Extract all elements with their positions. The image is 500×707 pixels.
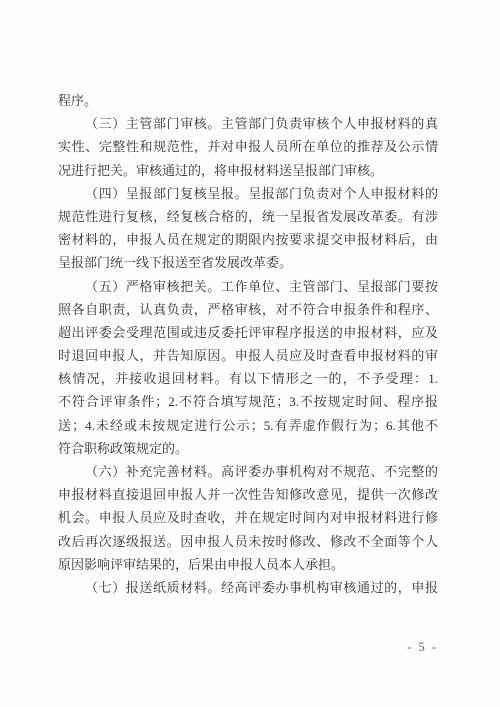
text-line: （七）报送纸质材料。经高评委办事机构审核通过的，申报 [58,576,438,599]
document-page: 程序。（三）主管部门审核。主管部门负责审核个人申报材料的真实性、完整性和规范性，… [0,0,500,707]
text-line: 规范性进行复核，经复核合格的，统一呈报省发展改革委。有涉 [58,205,438,228]
text-line: 照各自职责，认真负责，严格审核，对不符合申报条件和程序、 [58,298,438,321]
text-line: 实性、完整性和规范性，并对申报人员所在单位的推荐及公示情 [58,135,438,158]
text-line: 送；4.未经或未按规定进行公示；5.有弄虚作假行为；6.其他不 [58,414,438,437]
text-line: 原因影响评审结果的，后果由申报人员本人承担。 [58,553,438,576]
text-line: 符合职称政策规定的。 [58,437,438,460]
text-line: （五）严格审核把关。工作单位、主管部门、呈报部门要按 [58,275,438,298]
text-line: 况进行把关。审核通过的，将申报材料送呈报部门审核。 [58,159,438,182]
text-line: 不符合评审条件；2.不符合填写规范；3.不按规定时间、程序报 [58,390,438,413]
text-line: 程序。 [58,89,438,112]
text-line: 密材料的，申报人员在规定的期限内按要求提交申报材料后，由 [58,228,438,251]
text-line: （三）主管部门审核。主管部门负责审核个人申报材料的真 [58,112,438,135]
text-line: 机会。申报人员应及时查收，并在规定时间内对申报材料进行修 [58,506,438,529]
text-line: 核情况，并接收退回材料。有以下情形之一的，不予受理：1. [58,367,438,390]
text-line: 超出评委会受理范围或违反委托评审程序报送的申报材料，应及 [58,321,438,344]
text-line: 时退回申报人，并告知原因。申报人员应及时查看申报材料的审 [58,344,438,367]
text-line: 呈报部门统一线下报送至省发展改革委。 [58,251,438,274]
text-line: 改后再次逐级报送。因申报人员未按时修改、修改不全面等个人 [58,530,438,553]
text-line: 申报材料直接退回申报人并一次性告知修改意见，提供一次修改 [58,483,438,506]
document-body: 程序。（三）主管部门审核。主管部门负责审核个人申报材料的真实性、完整性和规范性，… [58,89,438,599]
text-line: （六）补充完善材料。高评委办事机构对不规范、不完整的 [58,460,438,483]
text-line: （四）呈报部门复核呈报。呈报部门负责对个人申报材料的 [58,182,438,205]
page-number: - 5 - [58,640,438,655]
